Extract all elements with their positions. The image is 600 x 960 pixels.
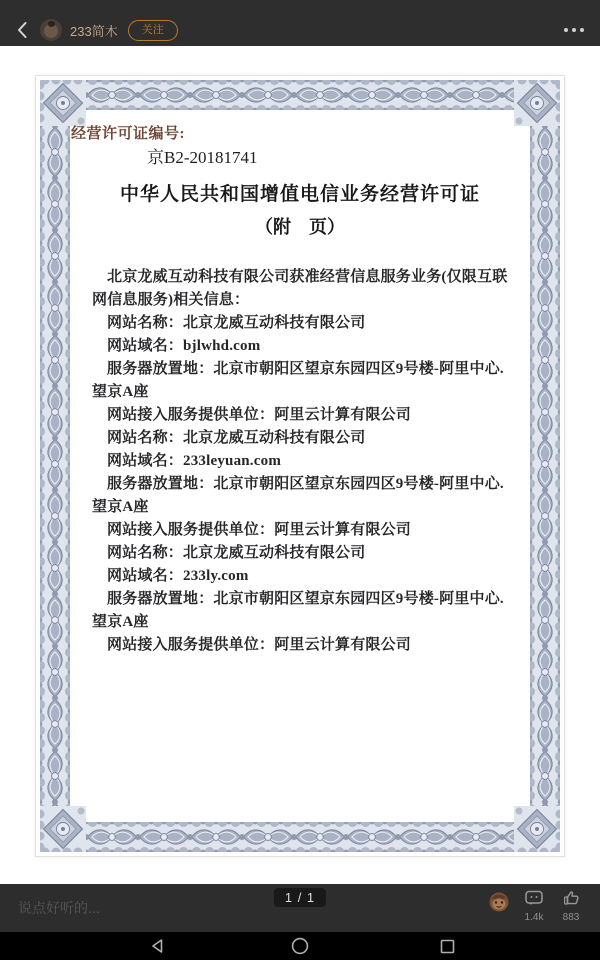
cert-line: 网站域名：bjlwhd.com (92, 335, 517, 358)
danmaku-button[interactable]: 1.4k (519, 890, 549, 923)
image-viewer: 经营许可证编号: 京B2-20181741 中华人民共和国增值电信业务经营许可证… (0, 46, 600, 884)
certificate-image[interactable]: 经营许可证编号: 京B2-20181741 中华人民共和国增值电信业务经营许可证… (35, 75, 565, 857)
cert-line: 服务器放置地：北京市朝阳区望京东园四区9号楼-阿里中心.望京A座 (92, 473, 517, 519)
nav-back-button[interactable] (143, 932, 171, 960)
username[interactable]: 233简木 (70, 21, 118, 40)
emoji-button[interactable] (487, 889, 511, 913)
avatar[interactable] (40, 19, 62, 41)
android-nav-bar (0, 932, 600, 960)
screen: 233简木 关注 (0, 0, 600, 960)
comment-bubble-icon (525, 890, 543, 906)
cert-line: 网站名称：北京龙威互动科技有限公司 (92, 427, 517, 450)
certificate-body: 北京龙威互动科技有限公司获准经营信息服务业务(仅限互联网信息服务)相关信息： 网… (92, 266, 517, 657)
cert-line: 网站名称：北京龙威互动科技有限公司 (92, 312, 517, 335)
like-count: 883 (556, 912, 586, 923)
cert-line: 网站域名：233ly.com (92, 565, 517, 588)
cert-line: 服务器放置地：北京市朝阳区望京东园四区9号楼-阿里中心.望京A座 (92, 588, 517, 634)
comment-input[interactable]: 说点好听的... (18, 884, 100, 932)
cert-line: 网站接入服务提供单位：阿里云计算有限公司 (92, 404, 517, 427)
cert-line: 服务器放置地：北京市朝阳区望京东园四区9号楼-阿里中心.望京A座 (92, 358, 517, 404)
square-icon (440, 939, 455, 954)
chevron-left-icon (16, 21, 28, 39)
circle-icon (291, 937, 309, 955)
cert-line: 网站域名：233leyuan.com (92, 450, 517, 473)
cert-line: 网站接入服务提供单位：阿里云计算有限公司 (92, 519, 517, 542)
guilloche-border-left (40, 126, 70, 806)
comment-bar: 说点好听的... 1 / 1 1.4k (0, 884, 600, 932)
page-indicator: 1 / 1 (274, 888, 326, 907)
more-button[interactable] (564, 24, 584, 36)
nav-recents-button[interactable] (433, 932, 461, 960)
like-button[interactable]: 883 (556, 890, 586, 923)
thumbs-up-icon (563, 890, 580, 906)
guilloche-border-bottom (86, 822, 514, 852)
top-bar: 233简木 关注 (0, 0, 600, 46)
cert-line: 网站名称：北京龙威互动科技有限公司 (92, 542, 517, 565)
license-number-label: 经营许可证编号: (71, 122, 529, 143)
follow-button[interactable]: 关注 (128, 20, 178, 41)
guilloche-border-top (86, 80, 514, 110)
cert-line: 北京龙威互动科技有限公司获准经营信息服务业务(仅限互联网信息服务)相关信息： (92, 266, 517, 312)
license-number-value: 京B2-20181741 (147, 143, 529, 168)
triangle-left-icon (150, 938, 164, 954)
certificate-title: 中华人民共和国增值电信业务经营许可证 (71, 179, 529, 206)
nav-home-button[interactable] (286, 932, 314, 960)
certificate-subtitle: （附 页） (71, 213, 529, 239)
ellipsis-icon (564, 28, 568, 32)
danmaku-count: 1.4k (519, 912, 549, 923)
cert-line: 网站接入服务提供单位：阿里云计算有限公司 (92, 634, 517, 657)
certificate-content: 经营许可证编号: 京B2-20181741 中华人民共和国增值电信业务经营许可证… (71, 111, 529, 821)
emoji-face-icon (487, 889, 511, 913)
guilloche-border-right (530, 126, 560, 806)
back-button[interactable] (12, 20, 32, 40)
